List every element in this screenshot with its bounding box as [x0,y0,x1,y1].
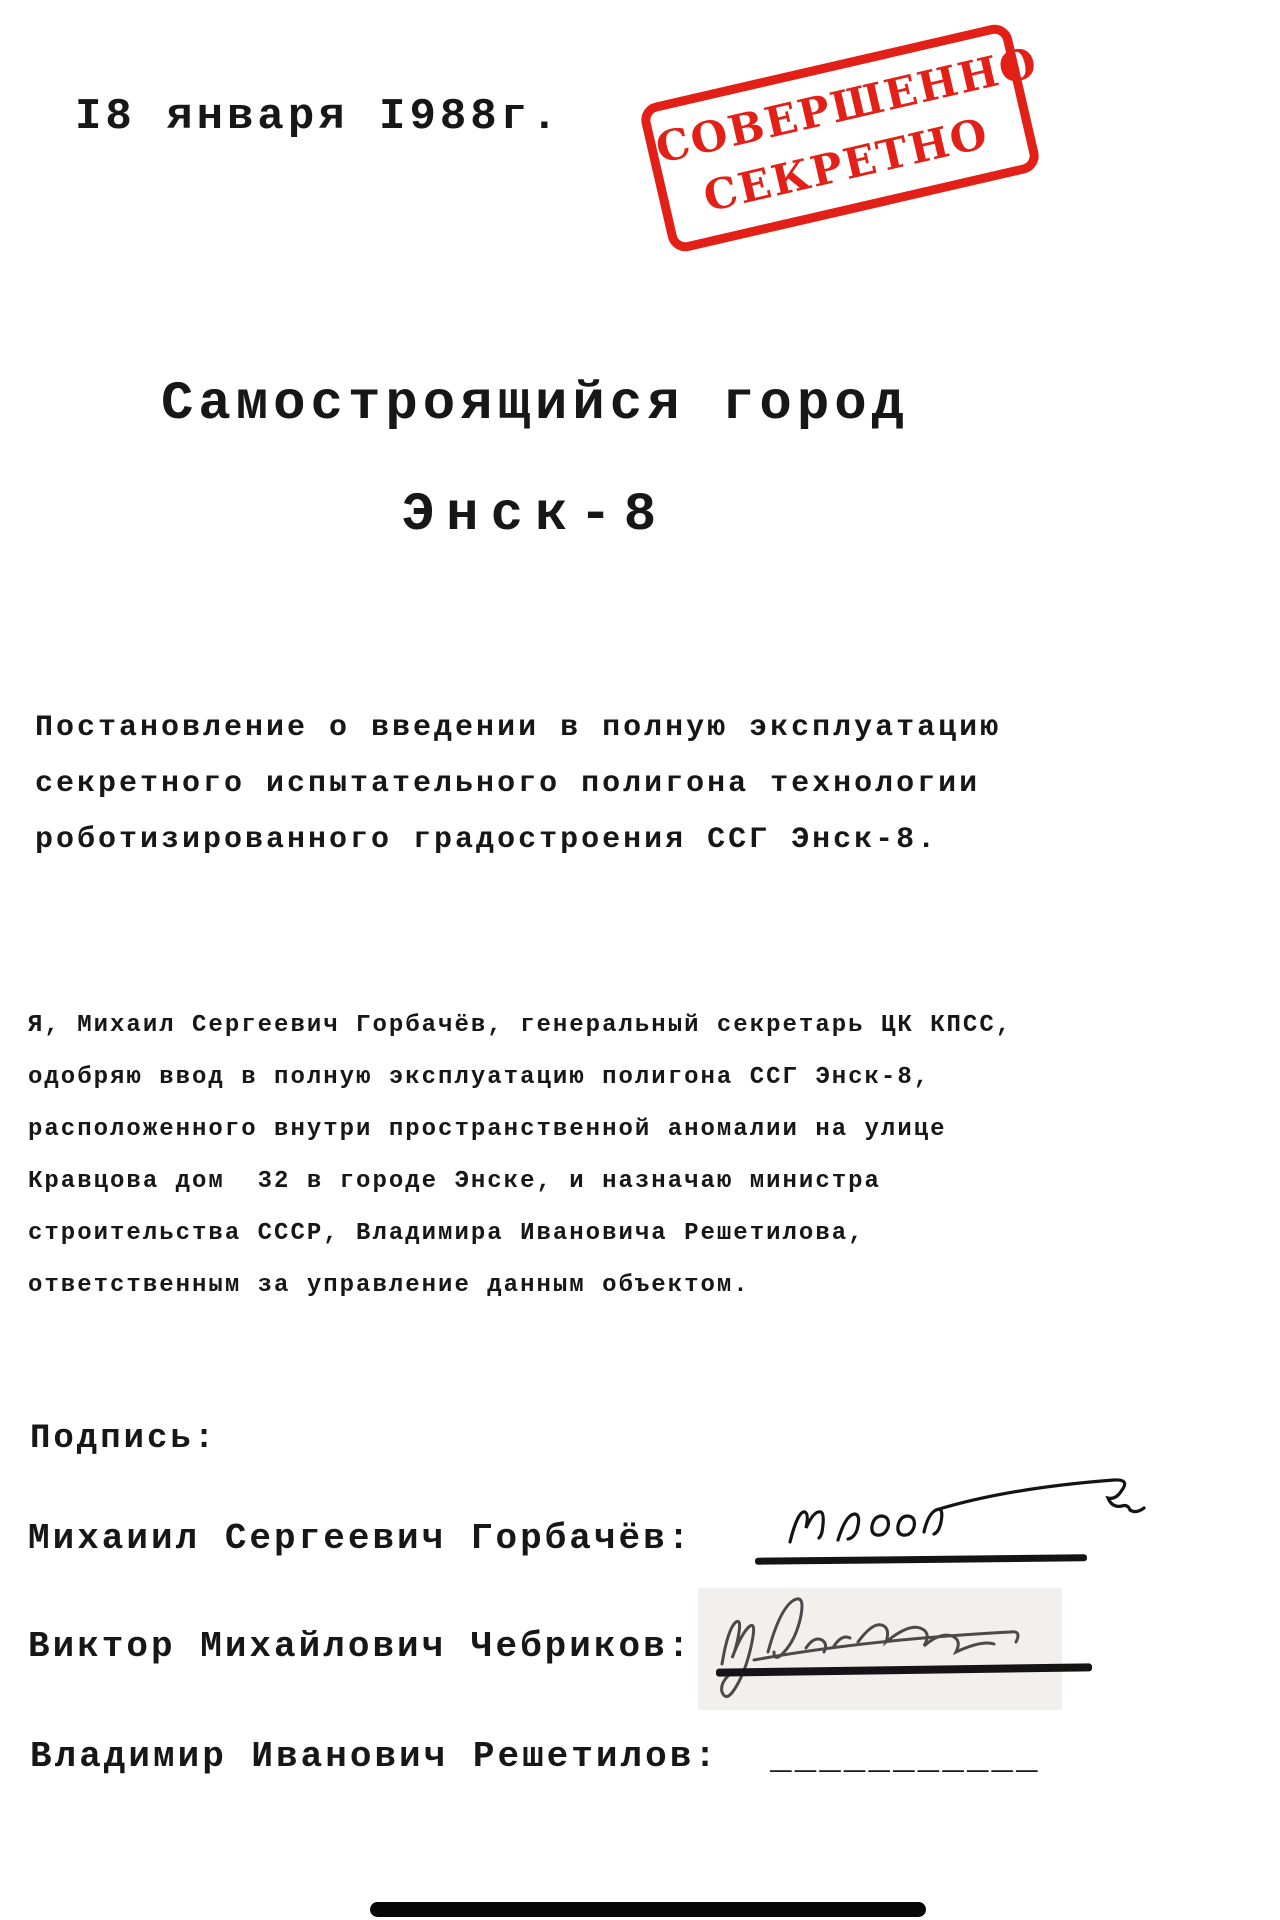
body-line: Кравцова дом 32 в городе Энске, и назнач… [28,1156,1012,1208]
body-line: Я, Михаил Сергеевич Горбачёв, генеральны… [28,1000,1012,1052]
title-line-1: Самостроящийся город [30,374,1040,435]
body-paragraph: Я, Михаил Сергеевич Горбачёв, генеральны… [28,1000,1012,1312]
body-line: строительства СССР, Владимира Ивановича … [28,1208,1012,1260]
handwritten-signature-gorbachev [778,1474,1150,1566]
date-line: I8 января I988г. [75,92,561,142]
signature-label-chebrikov: Виктор Михайлович Чебриков: [28,1626,692,1667]
signature-heading: Подпись: [30,1420,217,1458]
handwritten-signature-chebrikov [692,1580,1048,1716]
document-title: Самостроящийся город Энск-8 [30,374,1040,546]
body-line: расположенного внутри пространственной а… [28,1104,1012,1156]
signature-label-reshetilov: Владимир Иванович Решетилов: [30,1736,719,1777]
signature-label-gorbachev: Михаиил Сергеевич Горбачёв: [28,1518,692,1559]
decree-line: роботизированного градостроения ССГ Энск… [35,812,1001,868]
document-page: { "page": { "background": "#ffffff", "in… [0,0,1280,1920]
signature-blank-line: ___________ [770,1738,1041,1779]
body-line: одобряю ввод в полную эксплуатацию полиг… [28,1052,1012,1104]
decree-paragraph: Постановление о введении в полную эксплу… [35,700,1001,868]
decree-line: Постановление о введении в полную эксплу… [35,700,1001,756]
body-line: ответственным за управление данным объек… [28,1260,1012,1312]
bottom-bar [370,1902,926,1917]
decree-line: секретного испытательного полигона техно… [35,756,1001,812]
secret-stamp: СОВЕРШЕННО СЕКРЕТНО [638,21,1042,255]
title-line-2: Энск-8 [30,485,1040,546]
